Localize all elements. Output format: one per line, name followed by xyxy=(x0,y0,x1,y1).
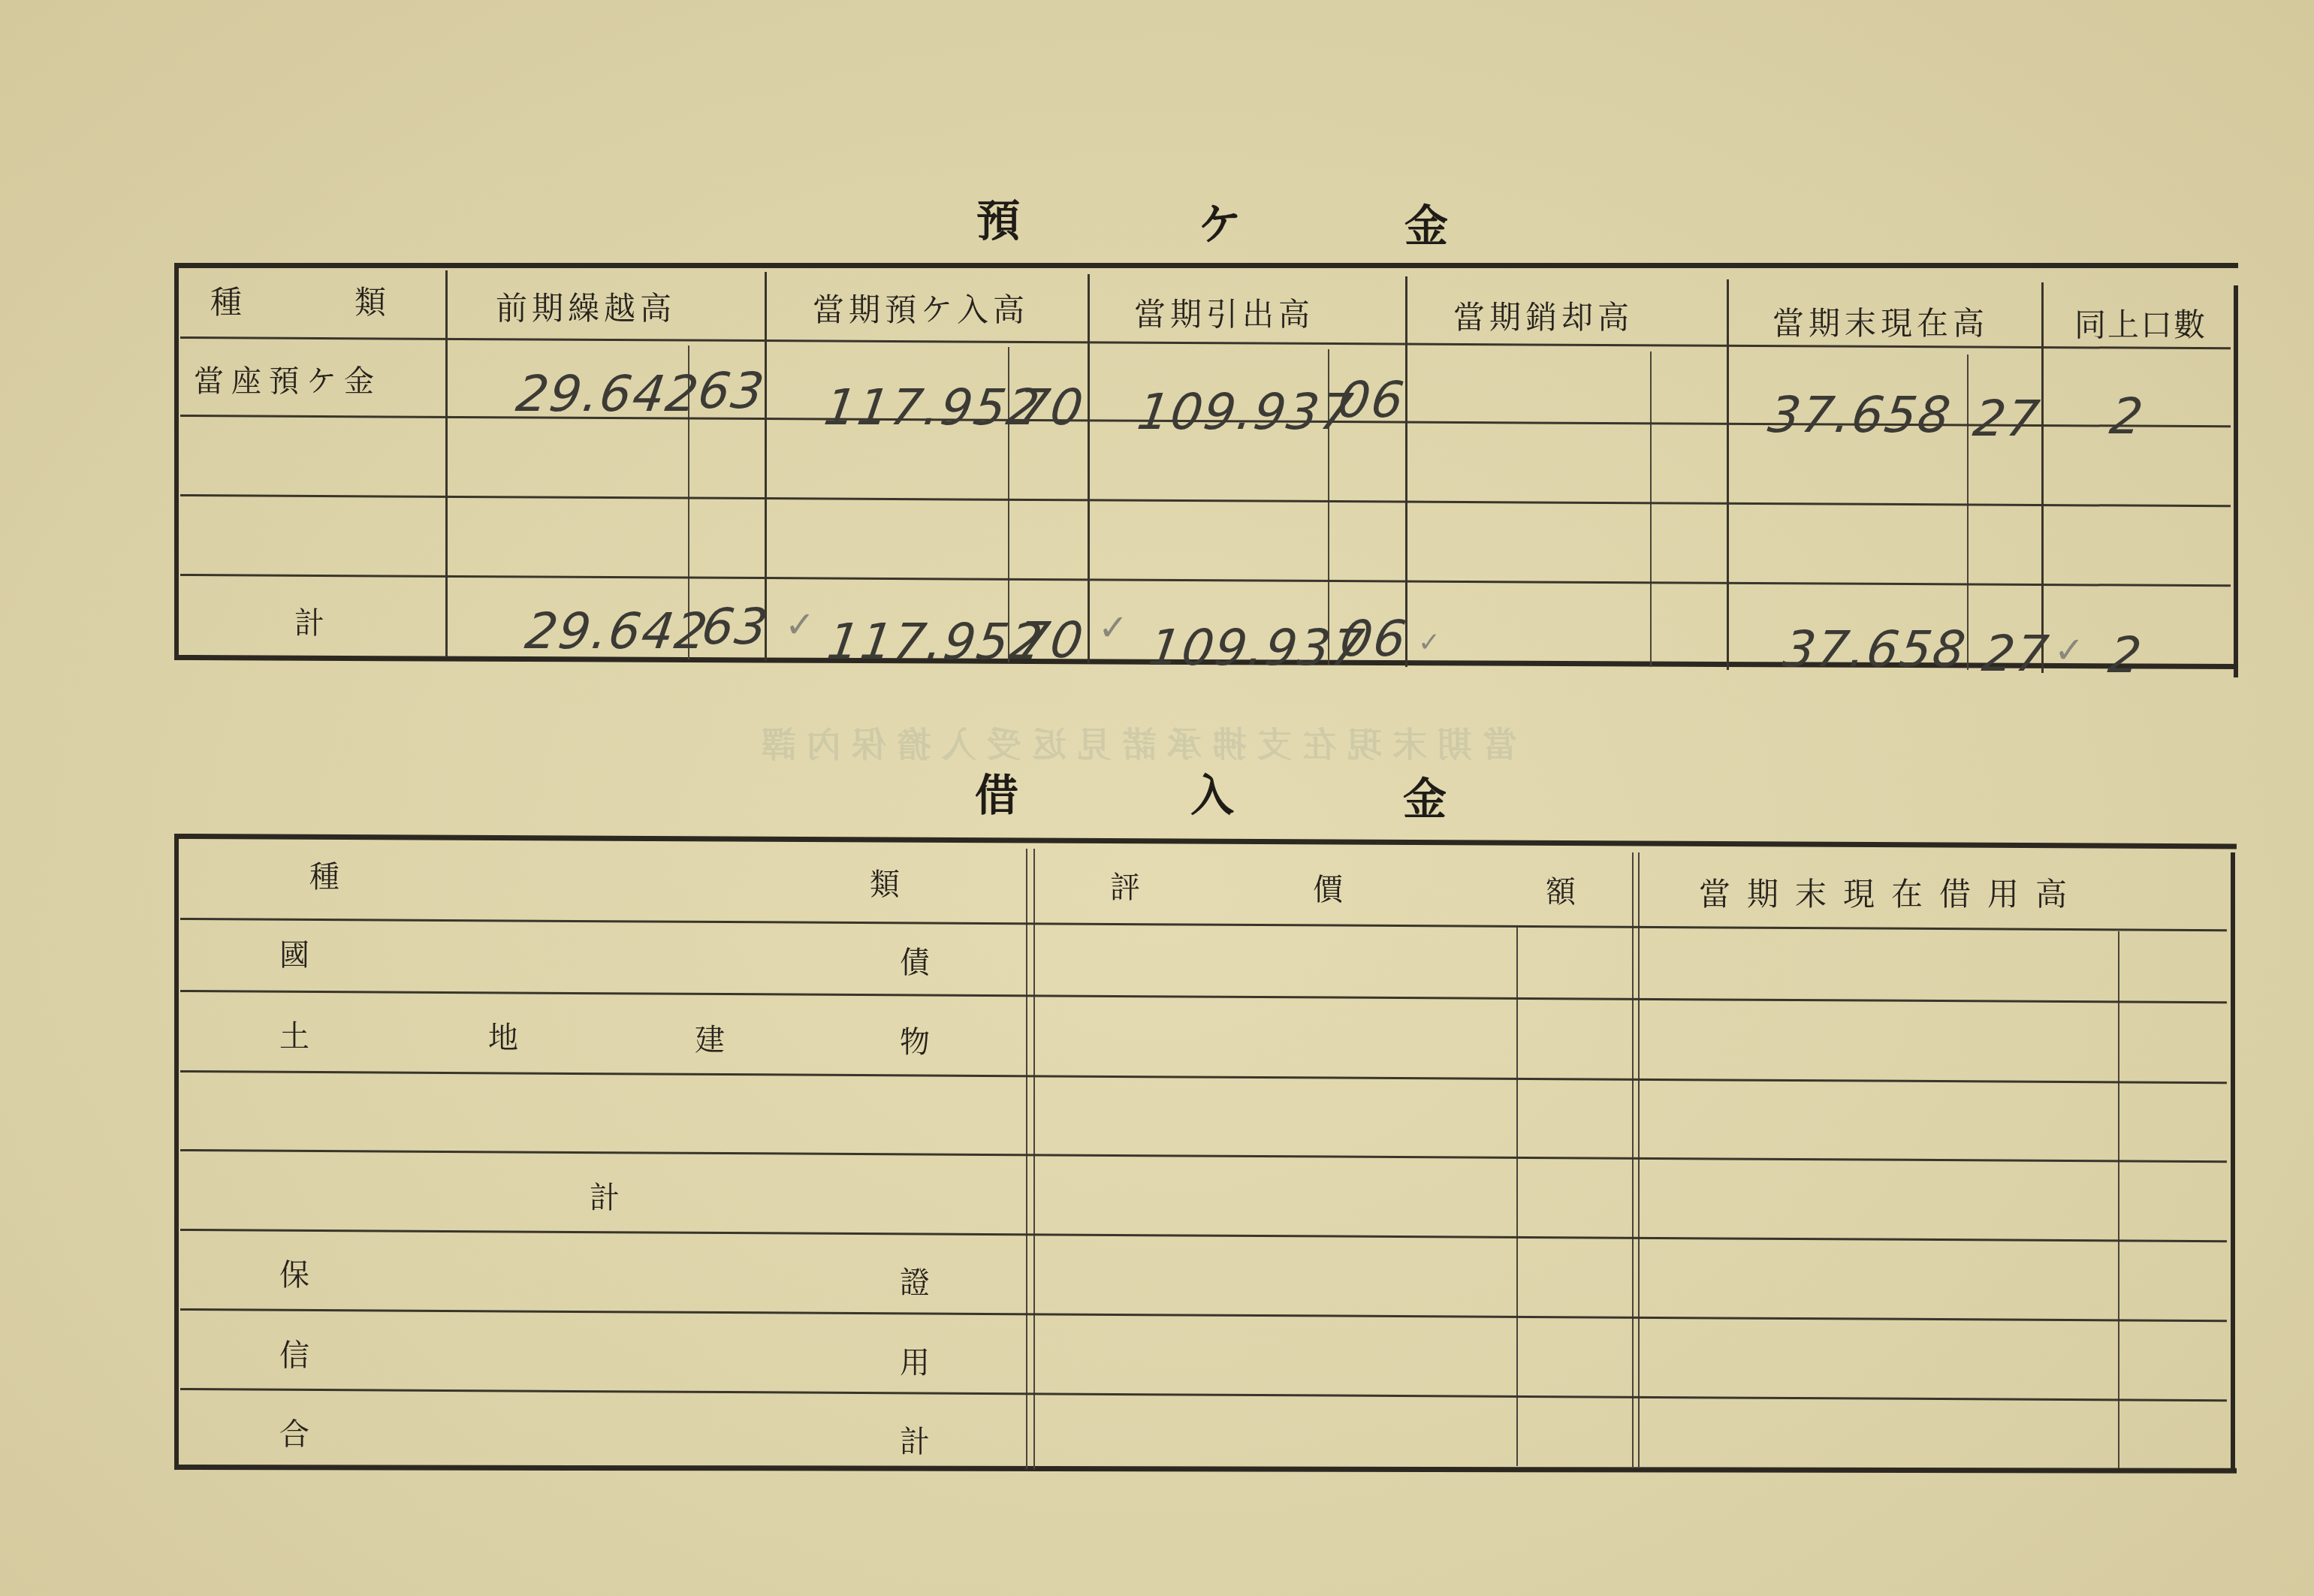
header-valuation-1: 評 xyxy=(1110,873,1140,903)
check-mark-icon: ✓ xyxy=(2054,632,2084,668)
header-type-left: 種 xyxy=(309,862,339,892)
col-divider xyxy=(1033,849,1035,1469)
deposits-title-char-1: 預 xyxy=(976,199,1020,243)
current-balance-sen: 27 xyxy=(1970,394,2043,444)
col-divider xyxy=(1026,849,1027,1469)
col-divider xyxy=(1727,279,1729,670)
row-credit-right: 用 xyxy=(900,1348,930,1378)
table-right-border xyxy=(2234,285,2238,677)
col-divider xyxy=(1088,274,1090,663)
col-divider xyxy=(1638,852,1640,1468)
show-through-text: 當期末現在支拂承諾見返受入擔保內譯 xyxy=(751,717,1517,767)
total-withdrawn-yen: 109.937 xyxy=(1145,623,1368,673)
row-land-buildings-2: 地 xyxy=(488,1023,518,1053)
row-subtotal-label: 計 xyxy=(590,1183,620,1213)
row-national-bonds-right: 債 xyxy=(900,948,930,978)
row-grand-total-left: 合 xyxy=(279,1420,309,1450)
withdrawn-yen: 109.937 xyxy=(1134,388,1356,437)
row-guarantee-right: 證 xyxy=(900,1268,930,1298)
table-right-border xyxy=(2231,852,2235,1472)
table-left-border xyxy=(174,263,179,659)
withdrawn-sen: 06 xyxy=(1335,376,1407,425)
deposits-title-char-2: ケ xyxy=(1198,203,1241,246)
table-bottom-border xyxy=(174,1465,2237,1474)
col-divider-sen xyxy=(1516,925,1518,1466)
header-current-balance: 當期末現在高 xyxy=(1772,308,1989,339)
header-deposited: 當期預ケ入高 xyxy=(813,294,1029,326)
accounts-count: 2 xyxy=(2107,392,2147,442)
table-top-border xyxy=(174,263,2238,268)
row-line xyxy=(180,574,2231,587)
header-written-off: 當期銷却高 xyxy=(1453,302,1634,333)
header-type-right: 類 xyxy=(870,870,900,900)
row-land-buildings-4: 物 xyxy=(900,1027,930,1057)
col-divider xyxy=(2041,282,2044,673)
col-divider xyxy=(1405,276,1407,667)
row-line xyxy=(180,1308,2227,1322)
header-valuation-2: 價 xyxy=(1313,875,1343,905)
deposits-title-char-3: 金 xyxy=(1404,204,1448,248)
borrowings-title-char-3: 金 xyxy=(1403,777,1447,821)
prev-balance-yen: 29.642 xyxy=(513,370,702,419)
current-balance-yen: 37.658 xyxy=(1765,391,1954,440)
row-guarantee-left: 保 xyxy=(279,1260,309,1290)
row-land-buildings-1: 土 xyxy=(279,1021,309,1051)
table-top-border xyxy=(174,834,2237,849)
total-label: 計 xyxy=(294,608,324,638)
row-line xyxy=(180,1229,2227,1242)
deposited-sen: 70 xyxy=(1014,383,1087,433)
row-line xyxy=(180,990,2227,1003)
borrowings-title-char-2: 入 xyxy=(1190,774,1234,817)
total-current-balance-sen: 27 xyxy=(1979,629,2052,679)
total-prev-balance-yen: 29.642 xyxy=(522,607,711,656)
header-prev-balance: 前期繰越高 xyxy=(496,293,676,324)
total-accounts-count: 2 xyxy=(2105,631,2145,680)
row-credit-left: 信 xyxy=(279,1341,309,1371)
total-prev-balance-sen: 63 xyxy=(698,602,771,652)
row-grand-total-right: 計 xyxy=(900,1427,930,1457)
col-divider-sen xyxy=(2118,931,2119,1468)
header-withdrawn: 當期引出高 xyxy=(1134,299,1314,330)
header-row-line xyxy=(180,918,2227,931)
header-valuation-3: 額 xyxy=(1546,877,1576,907)
col-divider-sen xyxy=(1650,351,1652,667)
check-mark-icon: ✓ xyxy=(785,607,815,643)
check-mark-icon: ✓ xyxy=(1098,610,1128,646)
deposited-yen: 117.952 xyxy=(821,383,1043,433)
header-type: 種 類 xyxy=(210,287,391,318)
col-divider xyxy=(445,270,448,657)
borrowings-title-char-1: 借 xyxy=(975,774,1018,817)
total-current-balance-yen: 37.658 xyxy=(1780,625,1969,674)
col-divider xyxy=(1632,852,1634,1468)
row-line xyxy=(180,1149,2227,1163)
header-current-borrowed: 當期末現在借用高 xyxy=(1699,879,2083,910)
total-withdrawn-sen: 06 xyxy=(1337,614,1410,664)
row-national-bonds-left: 國 xyxy=(279,940,309,970)
row-line xyxy=(180,1388,2227,1401)
total-deposited-sen: 70 xyxy=(1014,616,1087,665)
prev-balance-sen: 63 xyxy=(695,367,768,416)
total-deposited-yen: 117.952 xyxy=(824,617,1046,667)
row-line xyxy=(180,1070,2227,1084)
check-mark-icon: ✓ xyxy=(1418,629,1441,656)
header-accounts: 同上口數 xyxy=(2074,309,2207,341)
row-type-current-deposit: 當座預ケ金 xyxy=(194,367,382,397)
row-line xyxy=(180,494,2231,507)
row-land-buildings-3: 建 xyxy=(695,1025,725,1055)
table-left-border xyxy=(174,834,179,1469)
